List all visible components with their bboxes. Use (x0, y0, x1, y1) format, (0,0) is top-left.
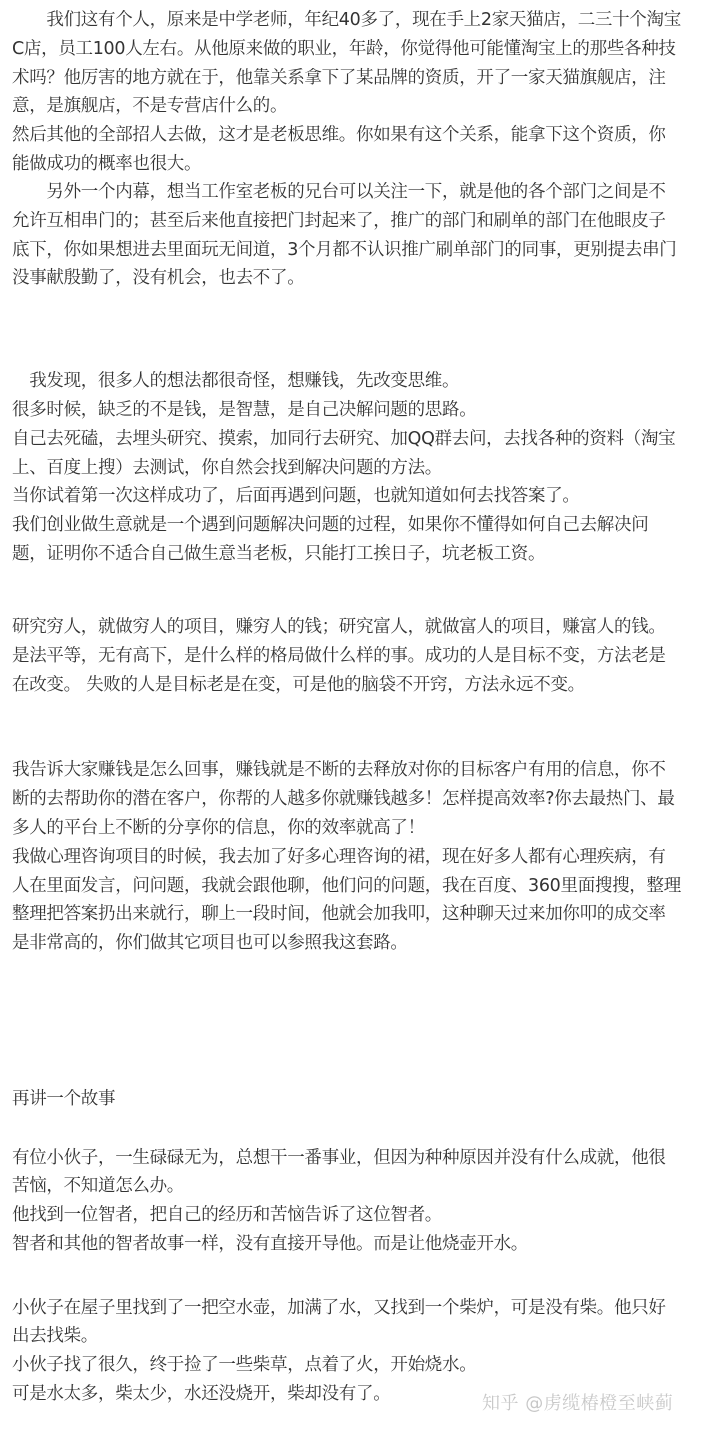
text-line: 没事献殷勤了，没有机会，也去不了。 (12, 264, 304, 293)
text-line: 多人的平台上不断的分享你的信息，你的效率就高了！ (12, 814, 425, 843)
text-line: 出去找柴。 (12, 1322, 98, 1351)
text-line: 允许互相串门的；甚至后来他直接把门封起来了，推广的部门和刷单的部门在他眼皮子 (12, 207, 666, 236)
text-line: 人在里面发言，问问题，我就会跟他聊，他们问的问题，我在百度、360里面搜搜，整理 (12, 872, 681, 901)
text-line: 上、百度上搜）去测试，你自然会找到解决问题的方法。 (12, 454, 442, 483)
text-line: 我们创业做生意就是一个遇到问题解决问题的过程，如果你不懂得如何自己去解决问 (12, 511, 648, 540)
text-line: 再讲一个故事 (12, 1085, 115, 1114)
text-line: 我们这有个人，原来是中学老师，年纪40多了，现在手上2家天猫店，二三十个淘宝 (12, 6, 681, 35)
text-line: 术吗？他厉害的地方就在于，他靠关系拿下了某品牌的资质，开了一家天猫旗舰店，注 (12, 64, 666, 93)
zhihu-watermark: 知乎 @虏缆椿橙至峡蓟 (482, 1391, 673, 1417)
text-line: 苦恼，不知道怎么办。 (12, 1172, 184, 1201)
text-line: 小伙子找了很久，终于捡了一些柴草，点着了火，开始烧水。 (12, 1351, 476, 1380)
text-line: 智者和其他的智者故事一样，没有直接开导他。而是让他烧壶开水。 (12, 1230, 528, 1259)
text-line: 小伙子在屋子里找到了一把空水壶，加满了水，又找到一个柴炉，可是没有柴。他只好 (12, 1294, 666, 1323)
text-line: 他找到一位智者，把自己的经历和苦恼告诉了这位智者。 (12, 1201, 442, 1230)
text-line: 整理把答案扔出来就行，聊上一段时间，他就会加我叩，这种聊天过来加你叩的成交率 (12, 900, 666, 929)
text-line: 然后其他的全部招人去做，这才是老板思维。你如果有这个关系，能拿下这个资质，你 (12, 121, 666, 150)
text-line: 另外一个内幕，想当工作室老板的兄台可以关注一下，就是他的各个部门之间是不 (12, 178, 666, 207)
text-line: 有位小伙子，一生碌碌无为，总想干一番事业，但因为种种原因并没有什么成就，他很 (12, 1144, 666, 1173)
text-line: 当你试着第一次这样成功了，后面再遇到问题，也就知道如何去找答案了。 (12, 482, 580, 511)
text-line: 能做成功的概率也很大。 (12, 150, 201, 179)
text-line: 在改变。 失败的人是目标老是在变，可是他的脑袋不开窍，方法永远不变。 (12, 671, 585, 700)
text-line: 自己去死磕，去埋头研究、摸索，加同行去研究、加QQ群去问，去找各种的资料（淘宝 (12, 425, 675, 454)
text-line: 很多时候，缺乏的不是钱，是智慧，是自己决解问题的思路。 (12, 396, 476, 425)
text-line: C店，员工100人左右。从他原来做的职业，年龄，你觉得他可能懂淘宝上的那些各种技 (12, 35, 676, 64)
text-line: 我做心理咨询项目的时候，我去加了好多心理咨询的裙，现在好多人都有心理疾病，有 (12, 843, 666, 872)
text-line: 是非常高的，你们做其它项目也可以参照我这套路。 (12, 929, 408, 958)
text-line: 意，是旗舰店，不是专营店什么的。 (12, 92, 287, 121)
text-line: 研究穷人，就做穷人的项目，赚穷人的钱；研究富人，就做富人的项目，赚富人的钱。 (12, 613, 666, 642)
text-line: 题，证明你不适合自己做生意当老板，只能打工挨日子，坑老板工资。 (12, 540, 545, 569)
text-line: 我发现，很多人的想法都很奇怪，想赚钱，先改变思维。 (12, 367, 459, 396)
text-line: 断的去帮助你的潜在客户，你帮的人越多你就赚钱越多！怎样提高效率?你去最热门、最 (12, 785, 675, 814)
text-line: 可是水太多，柴太少，水还没烧开，柴却没有了。 (12, 1380, 390, 1409)
text-line: 底下，你如果想进去里面玩无间道，3个月都不认识推广刷单部门的同事，更别提去串门 (12, 236, 676, 265)
text-line: 是法平等，无有高下，是什么样的格局做什么样的事。成功的人是目标不变，方法老是 (12, 642, 666, 671)
text-line: 我告诉大家赚钱是怎么回事，赚钱就是不断的去释放对你的目标客户有用的信息，你不 (12, 756, 666, 785)
